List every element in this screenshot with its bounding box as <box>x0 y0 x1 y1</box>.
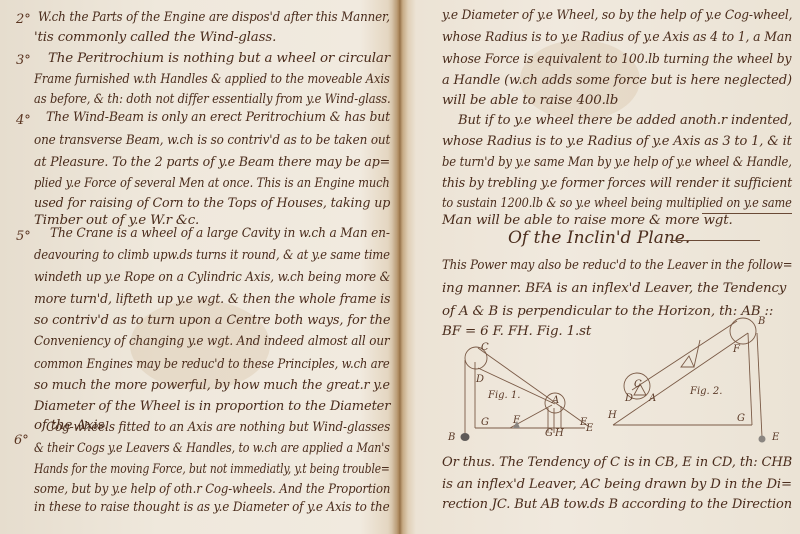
text-line: is an inflex'd Leaver, AC being drawn by… <box>442 477 792 492</box>
text-line: Conveniency of changing y.e wgt. And ind… <box>34 334 390 349</box>
text-line: one transverse Beam, w.ch is so contriv'… <box>34 133 390 148</box>
text-line: so contriv'd as to turn upon a Centre bo… <box>34 313 390 328</box>
text-line: some, but by y.e help of oth.r Cog-wheel… <box>34 482 390 497</box>
text-line: used for raising of Corn to the Tops of … <box>34 196 390 211</box>
item-number: 3° <box>16 53 31 68</box>
text-line: whose Radius is to y.e Radius of y.e Axi… <box>442 134 792 149</box>
text-line: ing manner. BFA is an inflex'd Leaver, t… <box>442 281 786 296</box>
open-manuscript: 2° W.ch the Parts of the Engine are disp… <box>0 0 800 534</box>
text-line: The Crane is a wheel of a large Cavity i… <box>50 226 390 241</box>
text-line: deavouring to climb upw.ds turns it roun… <box>34 248 390 263</box>
text-line: windeth up y.e Rope on a Cylindric Axis,… <box>34 270 390 285</box>
right-page: y.e Diameter of y.e Wheel, so by the hel… <box>402 0 800 534</box>
text-line: to sustain 1200.lb & so y.e wheel being … <box>442 196 792 211</box>
text-line: of A & B is perpendicular to the Horizon… <box>442 304 773 319</box>
text-line: be turn'd by y.e same Man by y.e help of… <box>442 155 792 170</box>
text-line: common Engines may be reduc'd to these P… <box>34 357 390 372</box>
divider-rule <box>702 213 792 214</box>
text-line: so much the more powerful, by how much t… <box>34 378 390 393</box>
text-line: plied y.e Force of several Men at once. … <box>34 176 390 191</box>
text-line: whose Radius is to y.e Radius of y.e Axi… <box>442 30 792 45</box>
text-line: will be able to raise 400.lb <box>442 93 618 108</box>
text-line: as before, & th: doth not differ essenti… <box>34 92 390 107</box>
text-line: y.e Diameter of y.e Wheel, so by the hel… <box>442 8 792 23</box>
text-line: The Peritrochium is nothing but a wheel … <box>48 51 390 66</box>
divider-rule <box>670 240 760 241</box>
item-number: 6° <box>14 433 29 448</box>
text-line: & their Cogs y.e Leavers & Handles, to w… <box>34 441 390 456</box>
section-heading: Of the Inclin'd Plane. <box>508 228 690 248</box>
text-line: This Power may also be reduc'd to the Le… <box>442 258 792 273</box>
text-line: at Pleasure. To the 2 parts of y.e Beam … <box>34 155 390 170</box>
text-line: Man will be able to raise more & more wg… <box>442 213 733 228</box>
text-line: But if to y.e wheel there be added anoth… <box>458 113 792 128</box>
text-line: more turn'd, lifteth up y.e wgt. & then … <box>34 292 390 307</box>
item-number: 4° <box>16 113 31 128</box>
text-line: Cog-wheels fitted to an Axis are nothing… <box>46 420 390 435</box>
text-line: BF = 6 F. FH. Fig. 1.st <box>442 324 591 339</box>
text-line: whose Force is equivalent to 100.lb turn… <box>442 52 791 67</box>
text-line: The Wind-Beam is only an erect Peritroch… <box>46 110 390 125</box>
text-line: in these to raise thought is as y.e Diam… <box>34 500 390 515</box>
left-page: 2° W.ch the Parts of the Engine are disp… <box>0 0 398 534</box>
text-line: this by trebling y.e former forces will … <box>442 176 792 191</box>
text-line: rection JC. But AB tow.ds B according to… <box>442 497 792 512</box>
text-line: a Handle (w.ch adds some force but is he… <box>442 73 792 88</box>
item-number: 2° <box>16 12 31 27</box>
text-line: W.ch the Parts of the Engine are dispos'… <box>38 10 390 25</box>
text-line: Diameter of the Wheel is in proportion t… <box>34 399 390 414</box>
text-line: 'tis commonly called the Wind-glass. <box>34 30 276 45</box>
text-line: Or thus. The Tendency of C is in CB, E i… <box>442 455 792 470</box>
text-line: Hands for the moving Force, but not imme… <box>34 462 390 477</box>
text-line: Frame furnished w.th Handles & applied t… <box>34 72 390 87</box>
item-number: 5° <box>16 229 31 244</box>
